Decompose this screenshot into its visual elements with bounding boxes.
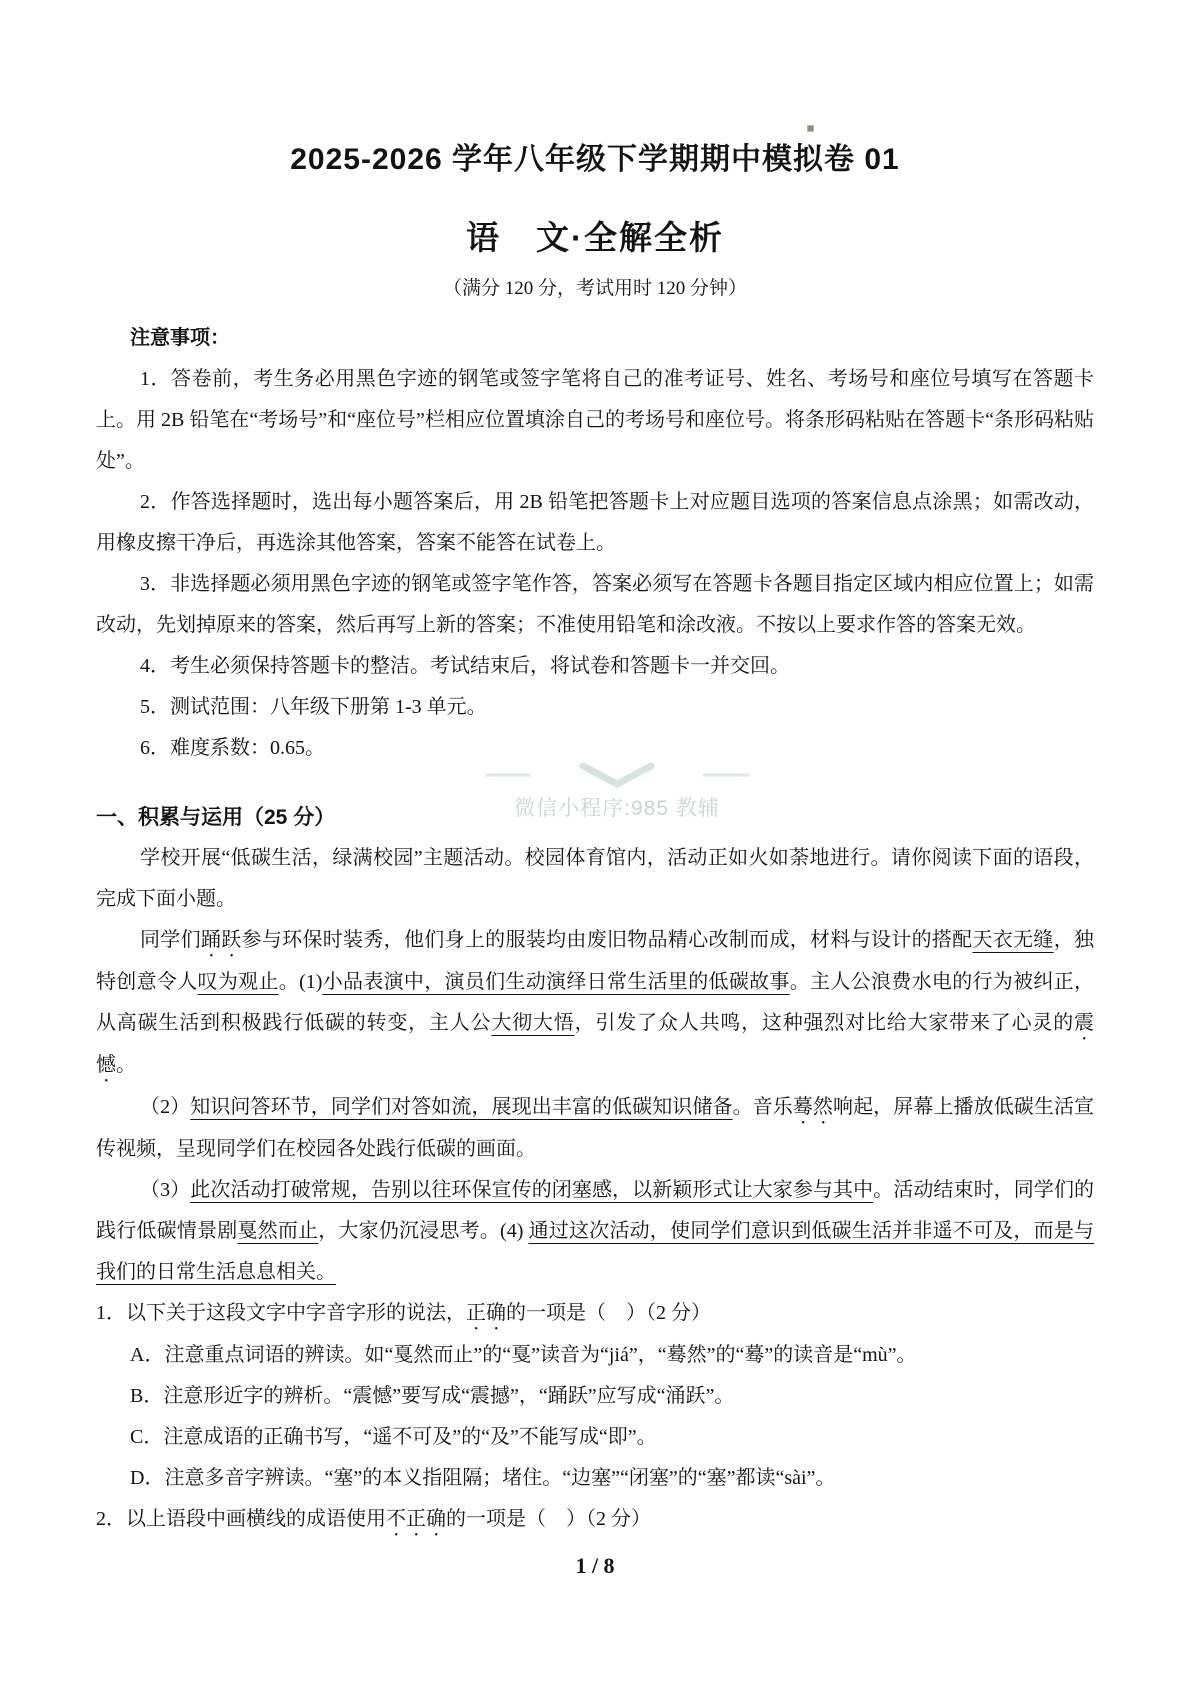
question-1-stem: 1．以下关于这段文字中字音字形的说法，正确的一项是（ ）（2 分）	[96, 1293, 1094, 1335]
question-1-option-c: C．注意成语的正确书写，“遥不可及”的“及”不能写成“即”。	[96, 1417, 1094, 1458]
question-2-stem: 2．以上语段中画横线的成语使用不正确的一项是（ ）（2 分）	[96, 1499, 1094, 1541]
passage-paragraph-1: 同学们踊跃参与环保时装秀，他们身上的服装均由废旧物品精心改制而成，材料与设计的搭…	[96, 920, 1094, 1087]
notice-item-1: 1．答卷前，考生务必用黑色字迹的钢笔或签字笔将自己的准考证号、姓名、考场号和座位…	[96, 359, 1094, 482]
text-run: 同学们	[140, 929, 201, 951]
underlined-text-run: 知识问答环节，同学们对答如流，展现出丰富的低碳知识储备	[190, 1096, 732, 1118]
question-1-option-a: A．注意重点词语的辨读。如“戛然而止”的“戛”读音为“jiá”，“蓦然”的“蓦”…	[96, 1335, 1094, 1376]
exam-score-duration: （满分 120 分，考试用时 120 分钟）	[96, 276, 1094, 302]
underlined-text-run: 大彻大悟	[491, 1012, 574, 1034]
page-number: 1 / 8	[0, 1552, 1190, 1580]
notice-item-3: 3．非选择题必须用黑色字迹的钢笔或签字笔作答，答案必须写在答题卡各题目指定区域内…	[96, 564, 1094, 646]
underlined-text-run: 戛然而止	[237, 1220, 318, 1242]
text-run: ，引发了众人共鸣，这种强烈对比给大家带来了心灵的	[575, 1012, 1074, 1034]
text-run: 的一项是（ ）（2 分）	[446, 1508, 651, 1530]
scan-artifact-dot	[807, 125, 814, 132]
exam-title: 2025-2026 学年八年级下学期期中模拟卷 01	[96, 142, 1094, 178]
passage-paragraph-2: （2）知识问答环节，同学们对答如流，展现出丰富的低碳知识储备。音乐蓦然响起，屏幕…	[96, 1087, 1094, 1170]
passage-paragraph-3: （3）此次活动打破常规，告别以往环保宣传的闭塞感，以新颖形式让大家参与其中。活动…	[96, 1170, 1094, 1293]
passage-intro: 学校开展“低碳生活，绿满校园”主题活动。校园体育馆内，活动正如火如荼地进行。请你…	[96, 838, 1094, 920]
text-run: 1．以下关于这段文字中字音字形的说法，	[96, 1302, 466, 1324]
emphasized-text-run: 不正确	[386, 1508, 446, 1530]
emphasized-text-run: 踊跃	[201, 929, 242, 951]
exam-subject-title: 语 文·全解全析	[96, 218, 1094, 258]
question-1-option-b: B．注意形近字的辨析。“震憾”要写成“震撼”，“踊跃”应写成“涌跃”。	[96, 1376, 1094, 1417]
text-run: 。(1)	[279, 971, 323, 993]
emphasized-text-run: 正确	[466, 1302, 506, 1324]
notice-heading: 注意事项：	[96, 318, 1094, 359]
notice-item-5: 5．测试范围：八年级下册第 1-3 单元。	[96, 687, 1094, 728]
text-run: 参与环保时装秀，他们身上的服装均由废旧物品精心改制而成，材料与设计的搭配	[242, 929, 973, 951]
underlined-text-run: 天衣无缝	[973, 929, 1054, 951]
notice-item-2: 2．作答选择题时，选出每小题答案后，用 2B 铅笔把答题卡上对应题目选项的答案信…	[96, 482, 1094, 564]
notice-item-6: 6．难度系数：0.65。	[96, 728, 1094, 769]
text-run: （2）	[140, 1096, 190, 1118]
text-run: 。音乐	[733, 1096, 793, 1118]
text-run: 。	[116, 1054, 136, 1076]
emphasized-text-run: 蓦然	[793, 1096, 833, 1118]
text-run: ，大家仍沉浸思考。(4)	[318, 1220, 528, 1242]
text-run: 的一项是（ ）（2 分）	[506, 1302, 711, 1324]
question-1-option-d: D．注意多音字辨读。“塞”的本义指阻隔；堵住。“边塞”“闭塞”的“塞”都读“sà…	[96, 1458, 1094, 1499]
section-one-heading: 一、积累与运用（25 分）	[96, 797, 1094, 838]
text-run: 2．以上语段中画横线的成语使用	[96, 1508, 386, 1530]
exam-paper-page: 微信小程序:985 教辅 2025-2026 学年八年级下学期期中模拟卷 01 …	[0, 0, 1190, 1683]
underlined-text-run: 叹为观止	[198, 971, 279, 993]
underlined-text-run: 此次活动打破常规，告别以往环保宣传的闭塞感，以新颖形式让大家参与其中	[190, 1179, 873, 1201]
notice-item-4: 4．考生必须保持答题卡的整洁。考试结束后，将试卷和答题卡一并交回。	[96, 646, 1094, 687]
page-content: 2025-2026 学年八年级下学期期中模拟卷 01 语 文·全解全析 （满分 …	[0, 142, 1190, 1541]
underlined-text-run: 小品表演中，演员们生动演绎日常生活里的低碳故事	[322, 971, 789, 993]
text-run: （3）	[140, 1179, 190, 1201]
